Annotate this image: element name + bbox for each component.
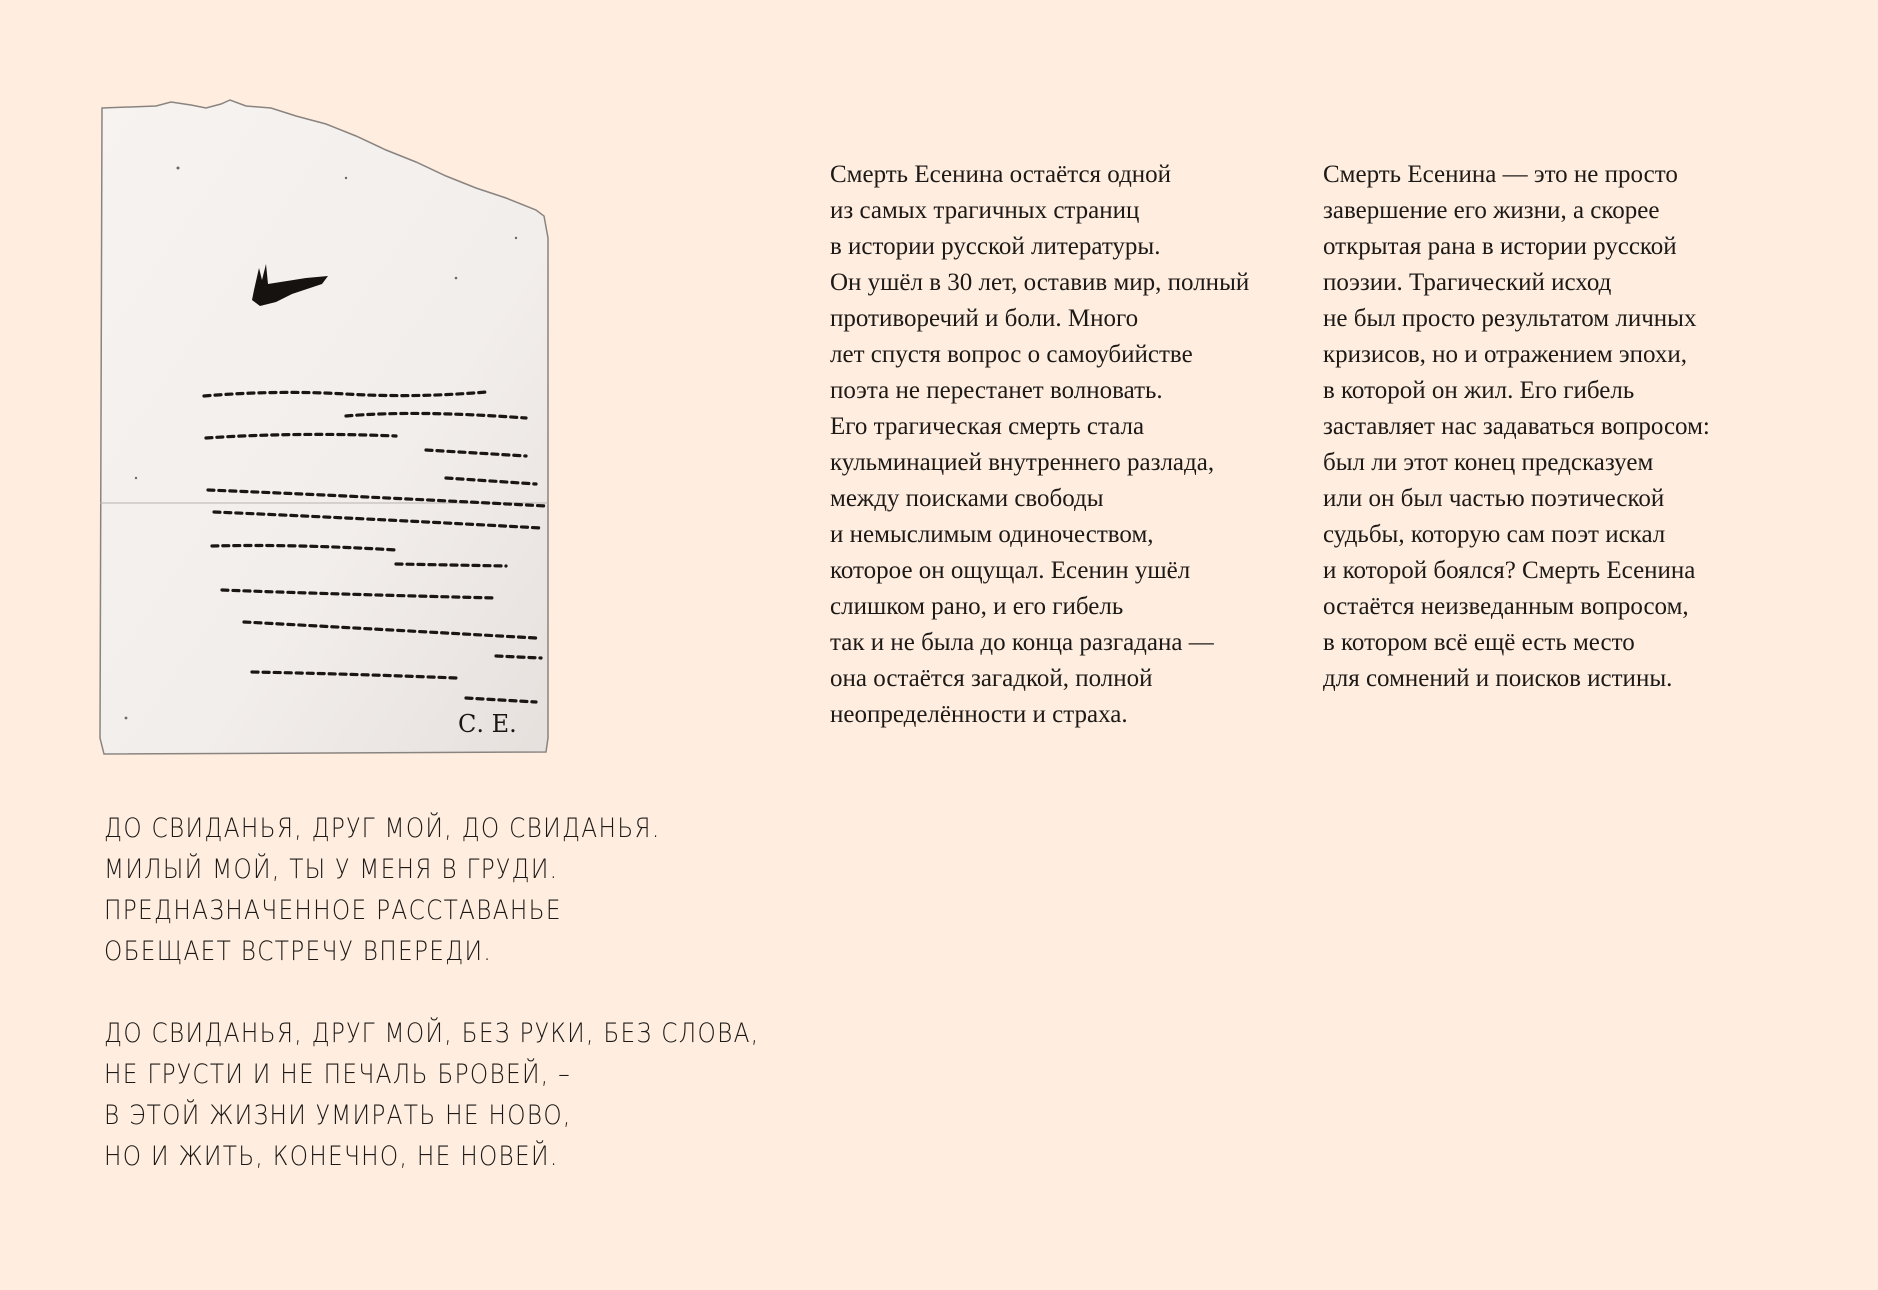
manuscript-signature: С. Е. bbox=[458, 710, 517, 738]
text-line: кульминацией внутреннего разлада, bbox=[830, 445, 1249, 481]
text-line: которое он ощущал. Есенин ушёл bbox=[830, 553, 1249, 589]
text-line: лет спустя вопрос о самоубийстве bbox=[830, 337, 1249, 373]
text-line: в которой он жил. Его гибель bbox=[1323, 373, 1710, 409]
text-line: завершение его жизни, а скорее bbox=[1323, 193, 1710, 229]
poem-line: В этой жизни умирать не ново, bbox=[104, 1095, 723, 1136]
text-line: кризисов, но и отражением эпохи, bbox=[1323, 337, 1710, 373]
poem-line: Милый мой, ты у меня в груди. bbox=[104, 849, 723, 890]
text-line: и немыслимым одиночеством, bbox=[830, 517, 1249, 553]
text-line: противоречий и боли. Много bbox=[830, 301, 1249, 337]
text-line: Он ушёл в 30 лет, оставив мир, полный bbox=[830, 265, 1249, 301]
poem-line: До свиданья, друг мой, без руки, без сло… bbox=[104, 1013, 723, 1054]
manuscript-paper-icon: С. Е. bbox=[96, 98, 558, 758]
text-line: открытая рана в истории русской bbox=[1323, 229, 1710, 265]
text-line: был ли этот конец предсказуем bbox=[1323, 445, 1710, 481]
text-line: неопределённости и страха. bbox=[830, 697, 1249, 733]
text-line: Смерть Есенина — это не просто bbox=[1323, 157, 1710, 193]
poem-line: Предназначенное расставанье bbox=[104, 890, 723, 931]
poem-line: Но и жить, конечно, не новей. bbox=[104, 1136, 723, 1177]
text-line: так и не была до конца разгадана — bbox=[830, 625, 1249, 661]
text-line: заставляет нас задаваться вопросом: bbox=[1323, 409, 1710, 445]
text-line: в котором всё ещё есть место bbox=[1323, 625, 1710, 661]
text-line: для сомнений и поисков истины. bbox=[1323, 661, 1710, 697]
article-column-right: Смерть Есенина — это не просто завершени… bbox=[1323, 157, 1710, 697]
manuscript-image: С. Е. bbox=[96, 98, 558, 758]
text-line: Смерть Есенина остаётся одной bbox=[830, 157, 1249, 193]
text-line: в истории русской литературы. bbox=[830, 229, 1249, 265]
text-line: и которой боялся? Смерть Есенина bbox=[1323, 553, 1710, 589]
text-line: поэзии. Трагический исход bbox=[1323, 265, 1710, 301]
text-line: или он был частью поэтической bbox=[1323, 481, 1710, 517]
poem-line: До свиданья, друг мой, до свиданья. bbox=[104, 808, 723, 849]
text-line: судьбы, которую сам поэт искал bbox=[1323, 517, 1710, 553]
text-line: она остаётся загадкой, полной bbox=[830, 661, 1249, 697]
text-line: остаётся неизведанным вопросом, bbox=[1323, 589, 1710, 625]
poem: До свиданья, друг мой, до свиданья. Милы… bbox=[104, 808, 824, 1218]
text-line: не был просто результатом личных bbox=[1323, 301, 1710, 337]
text-line: Его трагическая смерть стала bbox=[830, 409, 1249, 445]
article-column-left: Смерть Есенина остаётся одной из самых т… bbox=[830, 157, 1249, 733]
text-line: между поисками свободы bbox=[830, 481, 1249, 517]
text-line: из самых трагичных страниц bbox=[830, 193, 1249, 229]
poem-line: Не грусти и не печаль бровей, – bbox=[104, 1054, 723, 1095]
poem-stanza-1: До свиданья, друг мой, до свиданья. Милы… bbox=[104, 808, 824, 972]
poem-stanza-2: До свиданья, друг мой, без руки, без сло… bbox=[104, 1013, 824, 1177]
poem-line: Обещает встречу впереди. bbox=[104, 931, 723, 972]
text-line: слишком рано, и его гибель bbox=[830, 589, 1249, 625]
text-line: поэта не перестанет волновать. bbox=[830, 373, 1249, 409]
